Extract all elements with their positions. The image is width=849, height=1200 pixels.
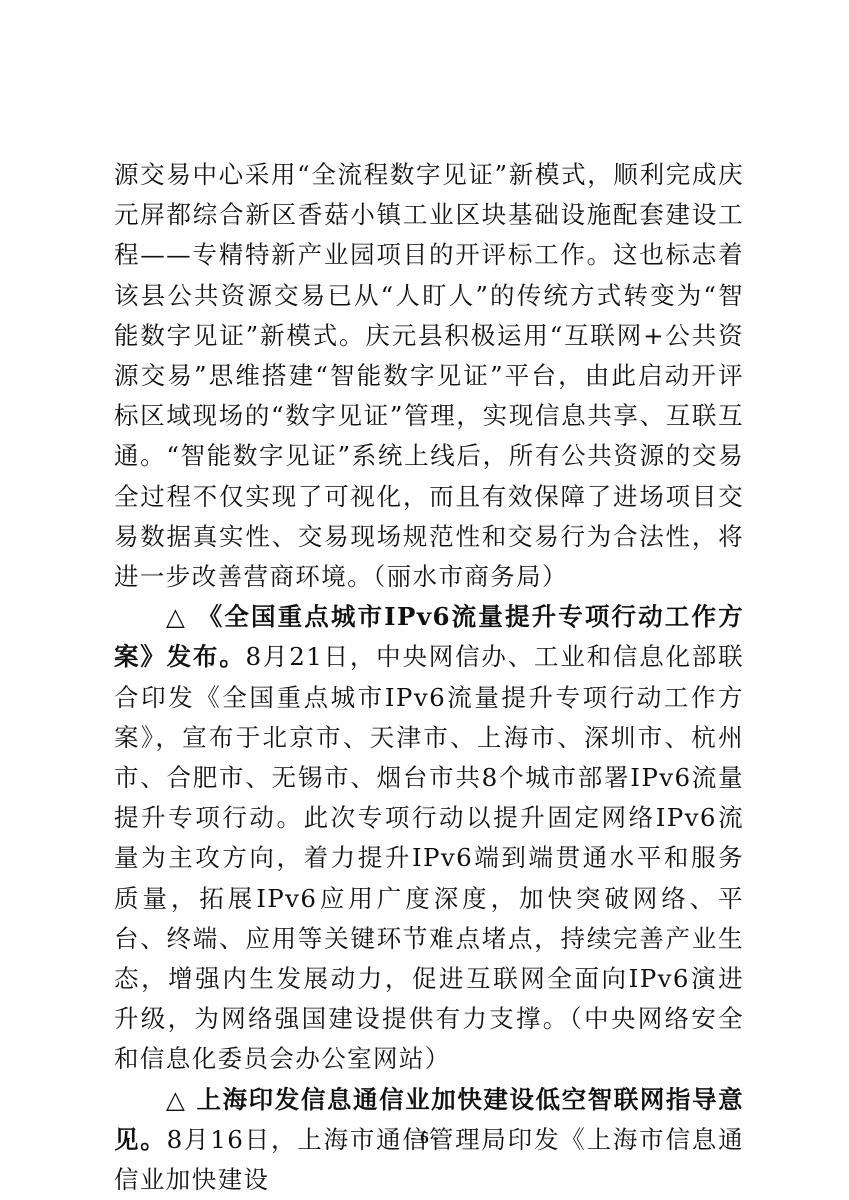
page-number: - 6 -: [0, 1128, 849, 1148]
document-page: 源交易中心采用“全流程数字见证”新模式，顺利完成庆元屏都综合新区香菇小镇工业区块…: [114, 155, 744, 1200]
paragraph-public-resource-trading: 源交易中心采用“全流程数字见证”新模式，顺利完成庆元屏都综合新区香菇小镇工业区块…: [114, 155, 744, 597]
paragraph-body: 源交易中心采用“全流程数字见证”新模式，顺利完成庆元屏都综合新区香菇小镇工业区块…: [114, 160, 744, 591]
paragraph-ipv6-action-plan: △ 《全国重点城市IPv6流量提升专项行动工作方案》发布。8月21日，中央网信办…: [114, 597, 744, 1079]
paragraph-body: 8月21日，中央网信办、工业和信息化部联合印发《全国重点城市IPv6流量提升专项…: [114, 642, 744, 1073]
